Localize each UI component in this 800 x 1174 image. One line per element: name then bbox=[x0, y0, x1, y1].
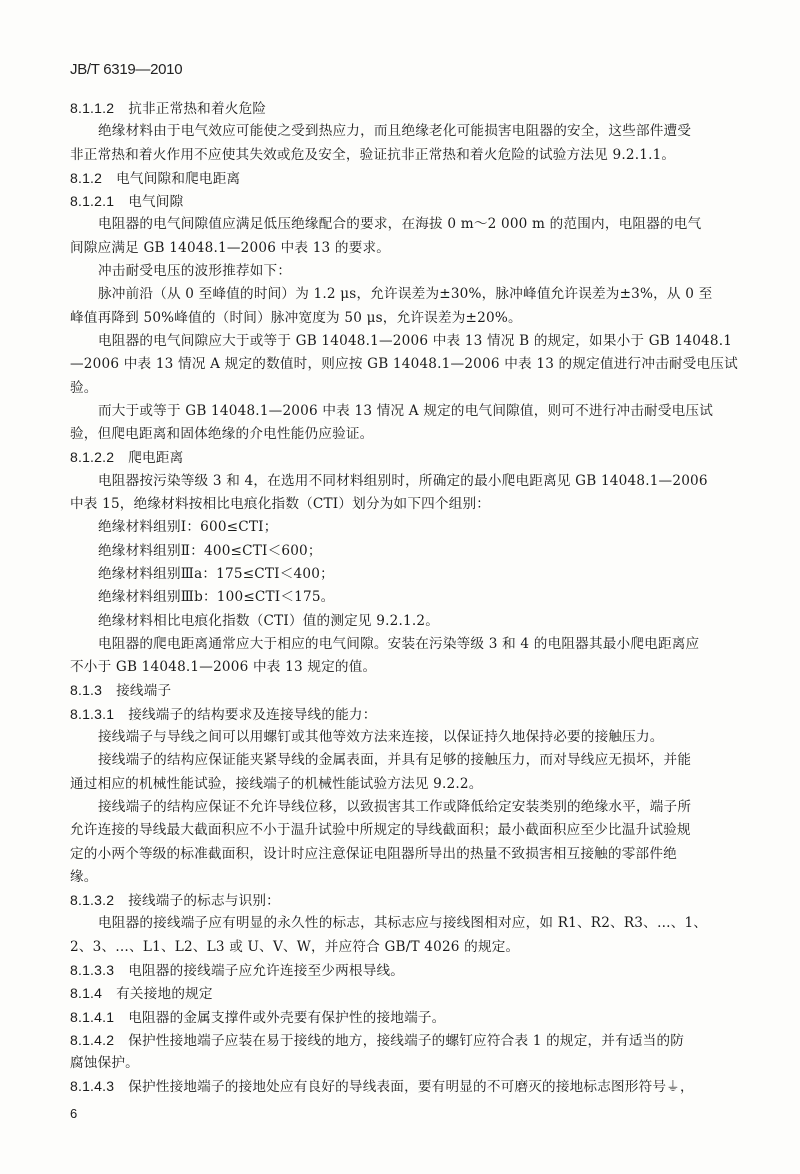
section-title: 接线端子的结构要求及连接导线的能力： bbox=[128, 707, 376, 723]
section-number: 8.1.2.1 bbox=[70, 190, 114, 213]
paragraph-line: 腐蚀保护。 bbox=[70, 1052, 732, 1075]
section-heading: 8.1.4.1电阻器的金属支撑件或外壳要有保护性的接地端子。 bbox=[70, 1006, 732, 1029]
paragraph-line: 间隙应满足 GB 14048.1—2006 中表 13 的要求。 bbox=[70, 237, 732, 260]
paragraph-line: 不小于 GB 14048.1—2006 中表 13 规定的值。 bbox=[70, 656, 732, 679]
paragraph-line: 脉冲前沿（从 0 至峰值的时间）为 1.2 μs，允许误差为±30%，脉冲峰值允… bbox=[70, 283, 732, 306]
section-heading: 8.1.4.3保护性接地端子的接地处应有良好的导线表面，要有明显的不可磨灭的接地… bbox=[70, 1075, 732, 1098]
paragraph-line: 非正常热和着火作用不应使其失效或危及安全，验证抗非正常热和着火危险的试验方法见 … bbox=[70, 144, 732, 167]
section-heading: 8.1.3.1接线端子的结构要求及连接导线的能力： bbox=[70, 703, 732, 726]
section-heading: 8.1.4.2保护性接地端子应装在易于接线的地方，接线端子的螺钉应符合表 1 的… bbox=[70, 1029, 732, 1052]
paragraph-line: 接线端子与导线之间可以用螺钉或其他等效方法来连接，以保证持久地保持必要的接触压力… bbox=[70, 726, 732, 749]
paragraph-line: 2、3、…、L1、L2、L3 或 U、V、W，并应符合 GB/T 4026 的规… bbox=[70, 936, 732, 959]
paragraph-line: 电阻器的电气间隙值应满足低压绝缘配合的要求，在海拔 0 m～2 000 m 的范… bbox=[70, 213, 732, 236]
document-body: 8.1.1.2抗非正常热和着火危险绝缘材料由于电气效应可能使之受到热应力，而且绝… bbox=[70, 97, 732, 1099]
paragraph-line: 电阻器的电气间隙应大于或等于 GB 14048.1—2006 中表 13 情况 … bbox=[70, 330, 732, 353]
paragraph-line: 冲击耐受电压的波形推荐如下： bbox=[70, 260, 732, 283]
section-heading: 8.1.4有关接地的规定 bbox=[70, 982, 732, 1005]
section-heading: 8.1.3接线端子 bbox=[70, 679, 732, 702]
section-number: 8.1.4.1 bbox=[70, 1006, 114, 1029]
section-title: 抗非正常热和着火危险 bbox=[128, 101, 266, 117]
section-title: 保护性接地端子的接地处应有良好的导线表面，要有明显的不可磨灭的接地标志图形符号⏚… bbox=[128, 1079, 694, 1095]
paragraph-line: 接线端子的结构应保证不允许导线位移，以致损害其工作或降低给定安装类别的绝缘水平，… bbox=[70, 796, 732, 819]
paragraph-line: 峰值再降到 50%峰值的（时间）脉冲宽度为 50 μs，允许误差为±20%。 bbox=[70, 307, 732, 330]
section-number: 8.1.4 bbox=[70, 982, 102, 1005]
section-number: 8.1.1.2 bbox=[70, 97, 114, 120]
section-heading: 8.1.2.1电气间隙 bbox=[70, 190, 732, 213]
section-number: 8.1.4.2 bbox=[70, 1029, 114, 1052]
paragraph-line: 接线端子的结构应保证能夹紧导线的金属表面，并具有足够的接触压力，而对导线应无损坏… bbox=[70, 749, 732, 772]
paragraph-line: 绝缘材料由于电气效应可能使之受到热应力，而且绝缘老化可能损害电阻器的安全，这些部… bbox=[70, 120, 732, 143]
paragraph-line: 电阻器按污染等级 3 和 4，在选用不同材料组别时，所确定的最小爬电距离见 GB… bbox=[70, 470, 732, 493]
section-number: 8.1.3.1 bbox=[70, 703, 114, 726]
paragraph-line: 电阻器的爬电距离通常应大于相应的电气间隙。安装在污染等级 3 和 4 的电阻器其… bbox=[70, 633, 732, 656]
paragraph-line: 绝缘材料组别Ⅱ：400≤CTI＜600； bbox=[70, 540, 732, 563]
section-number: 8.1.3 bbox=[70, 679, 102, 702]
paragraph-line: 绝缘材料组别Ⅲa：175≤CTI＜400； bbox=[70, 563, 732, 586]
section-heading: 8.1.2电气间隙和爬电距离 bbox=[70, 167, 732, 190]
section-heading: 8.1.3.3电阻器的接线端子应允许连接至少两根导线。 bbox=[70, 959, 732, 982]
section-title: 接线端子 bbox=[116, 683, 171, 699]
section-heading: 8.1.3.2接线端子的标志与识别： bbox=[70, 889, 732, 912]
paragraph-line: 绝缘材料组别Ⅲb：100≤CTI＜175。 bbox=[70, 586, 732, 609]
section-title: 电阻器的接线端子应允许连接至少两根导线。 bbox=[128, 963, 404, 979]
section-number: 8.1.3.3 bbox=[70, 959, 114, 982]
section-title: 爬电距离 bbox=[128, 450, 183, 466]
paragraph-line: 验。 bbox=[70, 377, 732, 400]
paragraph-line: 通过相应的机械性能试验，接线端子的机械性能试验方法见 9.2.2。 bbox=[70, 773, 732, 796]
section-number: 8.1.3.2 bbox=[70, 889, 114, 912]
paragraph-line: 定的小两个等级的标准截面积，设计时应注意保证电阻器所导出的热量不致损害相互接触的… bbox=[70, 843, 732, 866]
section-title: 接线端子的标志与识别： bbox=[128, 893, 280, 909]
paragraph-line: 绝缘材料相比电痕化指数（CTI）值的测定见 9.2.1.2。 bbox=[70, 610, 732, 633]
paragraph-line: 中表 15，绝缘材料按相比电痕化指数（CTI）划分为如下四个组别： bbox=[70, 493, 732, 516]
section-heading: 8.1.1.2抗非正常热和着火危险 bbox=[70, 97, 732, 120]
section-title: 电气间隙和爬电距离 bbox=[116, 171, 240, 187]
paragraph-line: 验，但爬电距离和固体绝缘的介电性能仍应验证。 bbox=[70, 423, 732, 446]
standard-code-header: JB/T 6319—2010 bbox=[70, 61, 182, 78]
paragraph-line: 允许连接的导线最大截面积应不小于温升试验中所规定的导线截面积；最小截面积应至少比… bbox=[70, 819, 732, 842]
section-number: 8.1.2.2 bbox=[70, 446, 114, 469]
section-title: 有关接地的规定 bbox=[116, 986, 213, 1002]
paragraph-line: —2006 中表 13 情况 A 规定的数值时，则应按 GB 14048.1—2… bbox=[70, 353, 732, 376]
section-title: 保护性接地端子应装在易于接线的地方，接线端子的螺钉应符合表 1 的规定，并有适当… bbox=[128, 1033, 684, 1049]
section-title: 电阻器的金属支撑件或外壳要有保护性的接地端子。 bbox=[128, 1010, 445, 1026]
page-number: 6 bbox=[70, 1106, 77, 1121]
section-title: 电气间隙 bbox=[128, 194, 183, 210]
section-number: 8.1.4.3 bbox=[70, 1075, 114, 1098]
paragraph-line: 而大于或等于 GB 14048.1—2006 中表 13 情况 A 规定的电气间… bbox=[70, 400, 732, 423]
section-heading: 8.1.2.2爬电距离 bbox=[70, 446, 732, 469]
paragraph-line: 电阻器的接线端子应有明显的永久性的标志，其标志应与接线图相对应，如 R1、R2、… bbox=[70, 912, 732, 935]
paragraph-line: 绝缘材料组别Ⅰ：600≤CTI； bbox=[70, 516, 732, 539]
section-number: 8.1.2 bbox=[70, 167, 102, 190]
paragraph-line: 缘。 bbox=[70, 866, 732, 889]
